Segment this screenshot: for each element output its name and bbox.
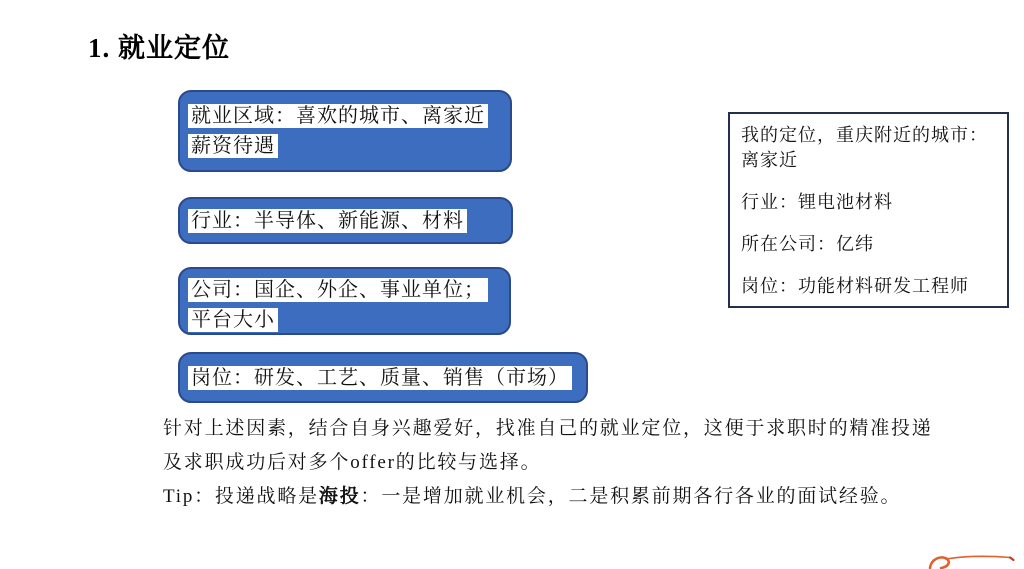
flow-box-text: 岗位：研发、工艺、质量、销售（市场）: [188, 366, 572, 390]
body-line: 针对上述因素，结合自身兴趣爱好，找准自己的就业定位，这便于求职时的精准投递: [163, 417, 963, 441]
note-line: 所在公司：亿纬: [741, 232, 996, 257]
body-line: 及求职成功后对多个offer的比较与选择。: [163, 451, 963, 475]
tip-prefix: Tip：投递战略是: [163, 486, 319, 507]
logo-swoosh-icon: [926, 551, 1016, 569]
tip-line: Tip：投递战略是海投：一是增加就业机会，二是积累前期各行各业的面试经验。: [163, 485, 963, 509]
flow-box-line: 就业区域：喜欢的城市、离家近: [188, 101, 502, 131]
flow-box-text: 平台大小: [188, 308, 278, 332]
tip-suffix: ：一是增加就业机会，二是积累前期各行各业的面试经验。: [361, 486, 902, 507]
body-paragraph: 针对上述因素，结合自身兴趣爱好，找准自己的就业定位，这便于求职时的精准投递 及求…: [163, 417, 963, 519]
flow-box-line: 岗位：研发、工艺、质量、销售（市场）: [188, 363, 578, 393]
flow-box-line: 薪资待遇: [188, 131, 502, 161]
flow-box-position: 岗位：研发、工艺、质量、销售（市场）: [178, 352, 588, 403]
flow-box-line: 行业：半导体、新能源、材料: [188, 206, 503, 236]
flow-box-region: 就业区域：喜欢的城市、离家近 薪资待遇: [178, 90, 512, 172]
flow-box-text: 就业区域：喜欢的城市、离家近: [188, 104, 488, 128]
note-line: 行业：锂电池材料: [741, 190, 996, 215]
flow-box-line: 平台大小: [188, 305, 501, 335]
flow-box-text: 薪资待遇: [188, 134, 278, 158]
flow-box-text: 行业：半导体、新能源、材料: [188, 209, 467, 233]
flow-box-text: 公司：国企、外企、事业单位；: [188, 278, 488, 302]
flow-box-industry: 行业：半导体、新能源、材料: [178, 197, 513, 244]
page-title: 1. 就业定位: [88, 26, 230, 65]
flow-box-line: 公司：国企、外企、事业单位；: [188, 275, 501, 305]
personal-positioning-note: 我的定位，重庆附近的城市：离家近 行业：锂电池材料 所在公司：亿纬 岗位：功能材…: [728, 112, 1009, 308]
tip-bold-term: 海投: [319, 486, 361, 507]
flow-box-company: 公司：国企、外企、事业单位； 平台大小: [178, 267, 511, 335]
slide: 1. 就业定位 就业区域：喜欢的城市、离家近 薪资待遇 行业：半导体、新能源、材…: [0, 0, 1024, 569]
note-line: 我的定位，重庆附近的城市：离家近: [741, 123, 996, 173]
note-line: 岗位：功能材料研发工程师: [741, 274, 996, 299]
